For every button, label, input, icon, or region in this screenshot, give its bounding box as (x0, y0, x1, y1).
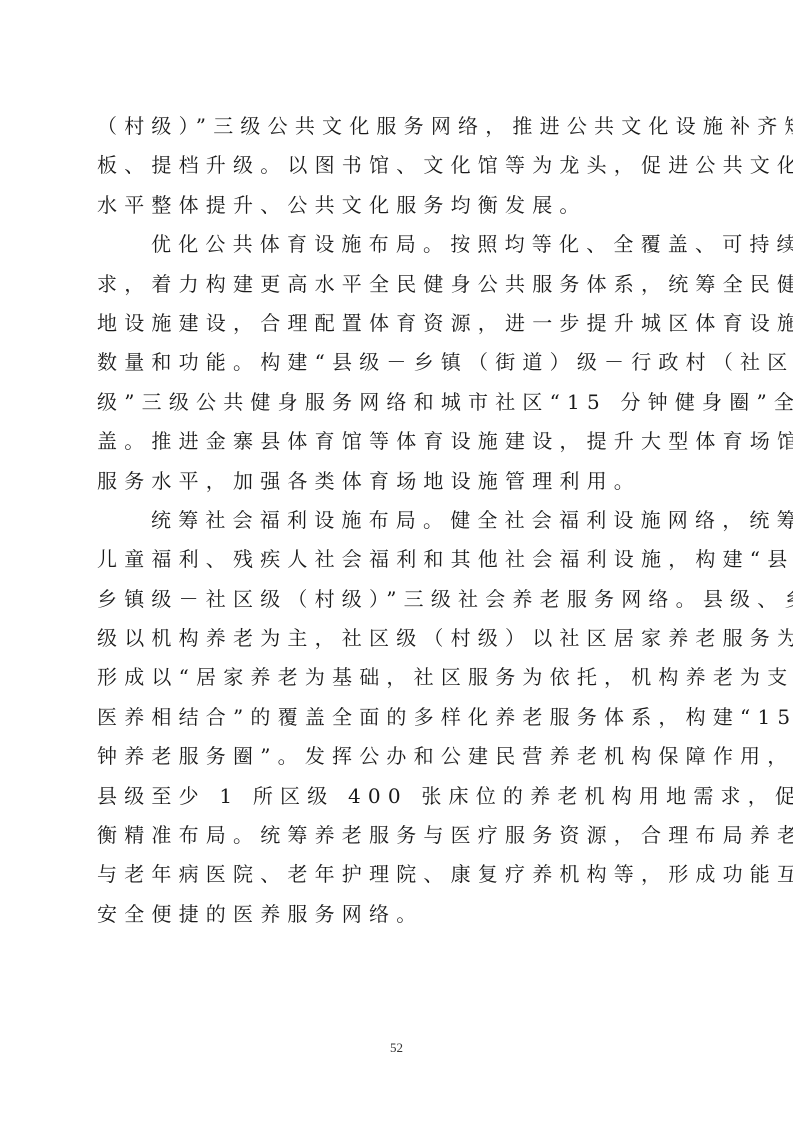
text-line: 求，着力构建更高水平全民健身公共服务体系，统筹全民健身场 (97, 265, 699, 304)
text-line: 水平整体提升、公共文化服务均衡发展。 (97, 186, 699, 225)
text-line: 钟养老服务圈”。发挥公办和公建民营养老机构保障作用，保障 (97, 737, 699, 776)
text-line: 县级至少 1 所区级 400 张床位的养老机构用地需求，促进设施均 (97, 777, 699, 816)
text-line: 级以机构养老为主，社区级（村级）以社区居家养老服务为主， (97, 619, 699, 658)
text-line: 乡镇级－社区级（村级）”三级社会养老服务网络。县级、乡镇 (97, 580, 699, 619)
page-number: 52 (0, 1040, 793, 1056)
text-line: 安全便捷的医养服务网络。 (97, 895, 699, 934)
text-line: 儿童福利、残疾人社会福利和其他社会福利设施，构建“县级－ (97, 540, 699, 579)
text-line: 板、提档升级。以图书馆、文化馆等为龙头，促进公共文化服务 (97, 146, 699, 185)
paragraph-cultural-services: （村级）”三级公共文化服务网络，推进公共文化设施补齐短 板、提档升级。以图书馆、… (97, 107, 699, 225)
document-body: （村级）”三级公共文化服务网络，推进公共文化设施补齐短 板、提档升级。以图书馆、… (97, 107, 699, 934)
text-line: 级”三级公共健身服务网络和城市社区“15 分钟健身圈”全覆 (97, 383, 699, 422)
text-line: 与老年病医院、老年护理院、康复疗养机构等，形成功能互补、 (97, 855, 699, 894)
text-line: 统筹社会福利设施布局。健全社会福利设施网络，统筹布局 (97, 501, 699, 540)
text-line: 地设施建设，合理配置体育资源，进一步提升城区体育设施建设 (97, 304, 699, 343)
paragraph-sports-facilities: 优化公共体育设施布局。按照均等化、全覆盖、可持续的要 求，着力构建更高水平全民健… (97, 225, 699, 501)
text-line: 数量和功能。构建“县级－乡镇（街道）级－行政村（社区） (97, 343, 699, 382)
text-line: （村级）”三级公共文化服务网络，推进公共文化设施补齐短 (97, 107, 699, 146)
text-line: 服务水平，加强各类体育场地设施管理利用。 (97, 462, 699, 501)
paragraph-social-welfare: 统筹社会福利设施布局。健全社会福利设施网络，统筹布局 儿童福利、残疾人社会福利和… (97, 501, 699, 934)
text-line: 优化公共体育设施布局。按照均等化、全覆盖、可持续的要 (97, 225, 699, 264)
text-line: 医养相结合”的覆盖全面的多样化养老服务体系，构建“15 分 (97, 698, 699, 737)
text-line: 盖。推进金寨县体育馆等体育设施建设，提升大型体育场馆管理 (97, 422, 699, 461)
text-line: 形成以“居家养老为基础，社区服务为依托，机构养老为支撑， (97, 658, 699, 697)
text-line: 衡精准布局。统筹养老服务与医疗服务资源，合理布局养老机构 (97, 816, 699, 855)
